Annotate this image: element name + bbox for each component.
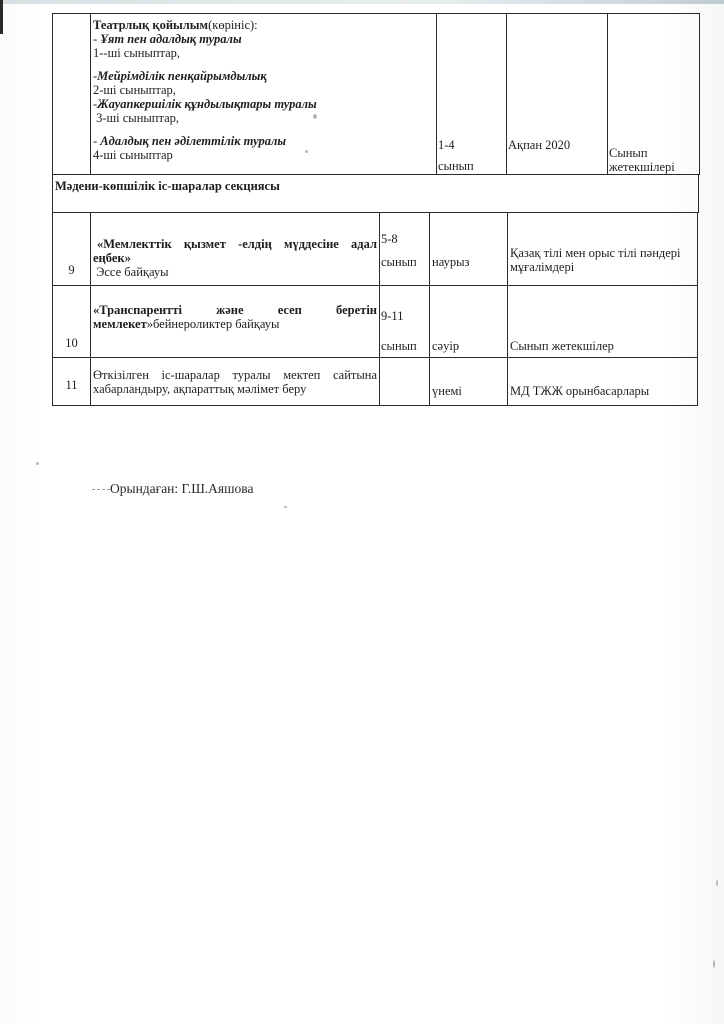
- scan-speck: [313, 114, 317, 119]
- row-11-responsible-cell: МД ТЖЖ орынбасарлары: [507, 357, 698, 406]
- scan-speck: [36, 462, 39, 465]
- top-number-cell: [52, 13, 91, 175]
- scan-speck: [305, 150, 308, 153]
- row-10-grade-cell: 9-11 сынып: [379, 285, 430, 358]
- signature-dash: [92, 489, 110, 490]
- top-date-cell: Ақпан 2020: [506, 13, 608, 175]
- theatre-item-4-classes: 4-ші сыныптар: [93, 148, 436, 162]
- theatre-item-2-classes: 2-ші сыныптар,: [93, 83, 436, 97]
- row-9-grade-cell: 5-8 сынып: [379, 212, 430, 286]
- scan-speck: [713, 960, 715, 968]
- top-grade-cell: 1-4 сынып: [436, 13, 507, 175]
- scan-top-edge: [0, 0, 724, 4]
- scan-left-edge: [0, 0, 3, 34]
- scan-speck: [284, 506, 287, 508]
- section-header: Мәдени-көпшілік іс-шаралар секциясы: [52, 174, 699, 213]
- theatre-item-3: -Жауапкершілік құндылықтары туралы: [93, 97, 436, 111]
- top-responsible-cell: Сынып жетекшілері: [607, 13, 700, 175]
- row-9-number: 9: [52, 212, 91, 286]
- theatre-item-3-classes: 3-ші сыныптар,: [93, 111, 436, 125]
- row-10-title-cell: «Транспарентті және есеп беретін мемлеке…: [90, 285, 380, 358]
- row-9-responsible-cell: Қазақ тілі мен орыс тілі пәндері мұғалім…: [507, 212, 698, 286]
- row-10-number: 10: [52, 285, 91, 358]
- scan-speck: [716, 880, 718, 886]
- theatre-title: Театрлық қойылым(көрініс):: [93, 18, 436, 32]
- theatre-item-2: -Мейрімділік пенқайрымдылық: [93, 69, 436, 83]
- theatre-item-1: - Ұят пен адалдық туралы: [93, 32, 436, 46]
- signature: Орындаған: Г.Ш.Аяшова: [110, 481, 253, 497]
- row-10-responsible-cell: Сынып жетекшілер: [507, 285, 698, 358]
- row-9-date-cell: наурыз: [429, 212, 508, 286]
- row-10-date-cell: сәуір: [429, 285, 508, 358]
- row-11-date-cell: үнемі: [429, 357, 508, 406]
- row-9-title-cell: «Мемлекттік қызмет -елдің мүддесіне адал…: [90, 212, 380, 286]
- row-11-number: 11: [52, 357, 91, 406]
- theatre-item-1-classes: 1--ші сыныптар,: [93, 46, 436, 60]
- row-11-grade-cell: [379, 357, 430, 406]
- top-content-cell: Театрлық қойылым(көрініс): - Ұят пен ада…: [90, 13, 437, 175]
- theatre-item-4: - Адалдық пен әділеттілік туралы: [93, 134, 436, 148]
- row-11-text-cell: Өткізілген іс-шаралар туралы мектеп сайт…: [90, 357, 380, 406]
